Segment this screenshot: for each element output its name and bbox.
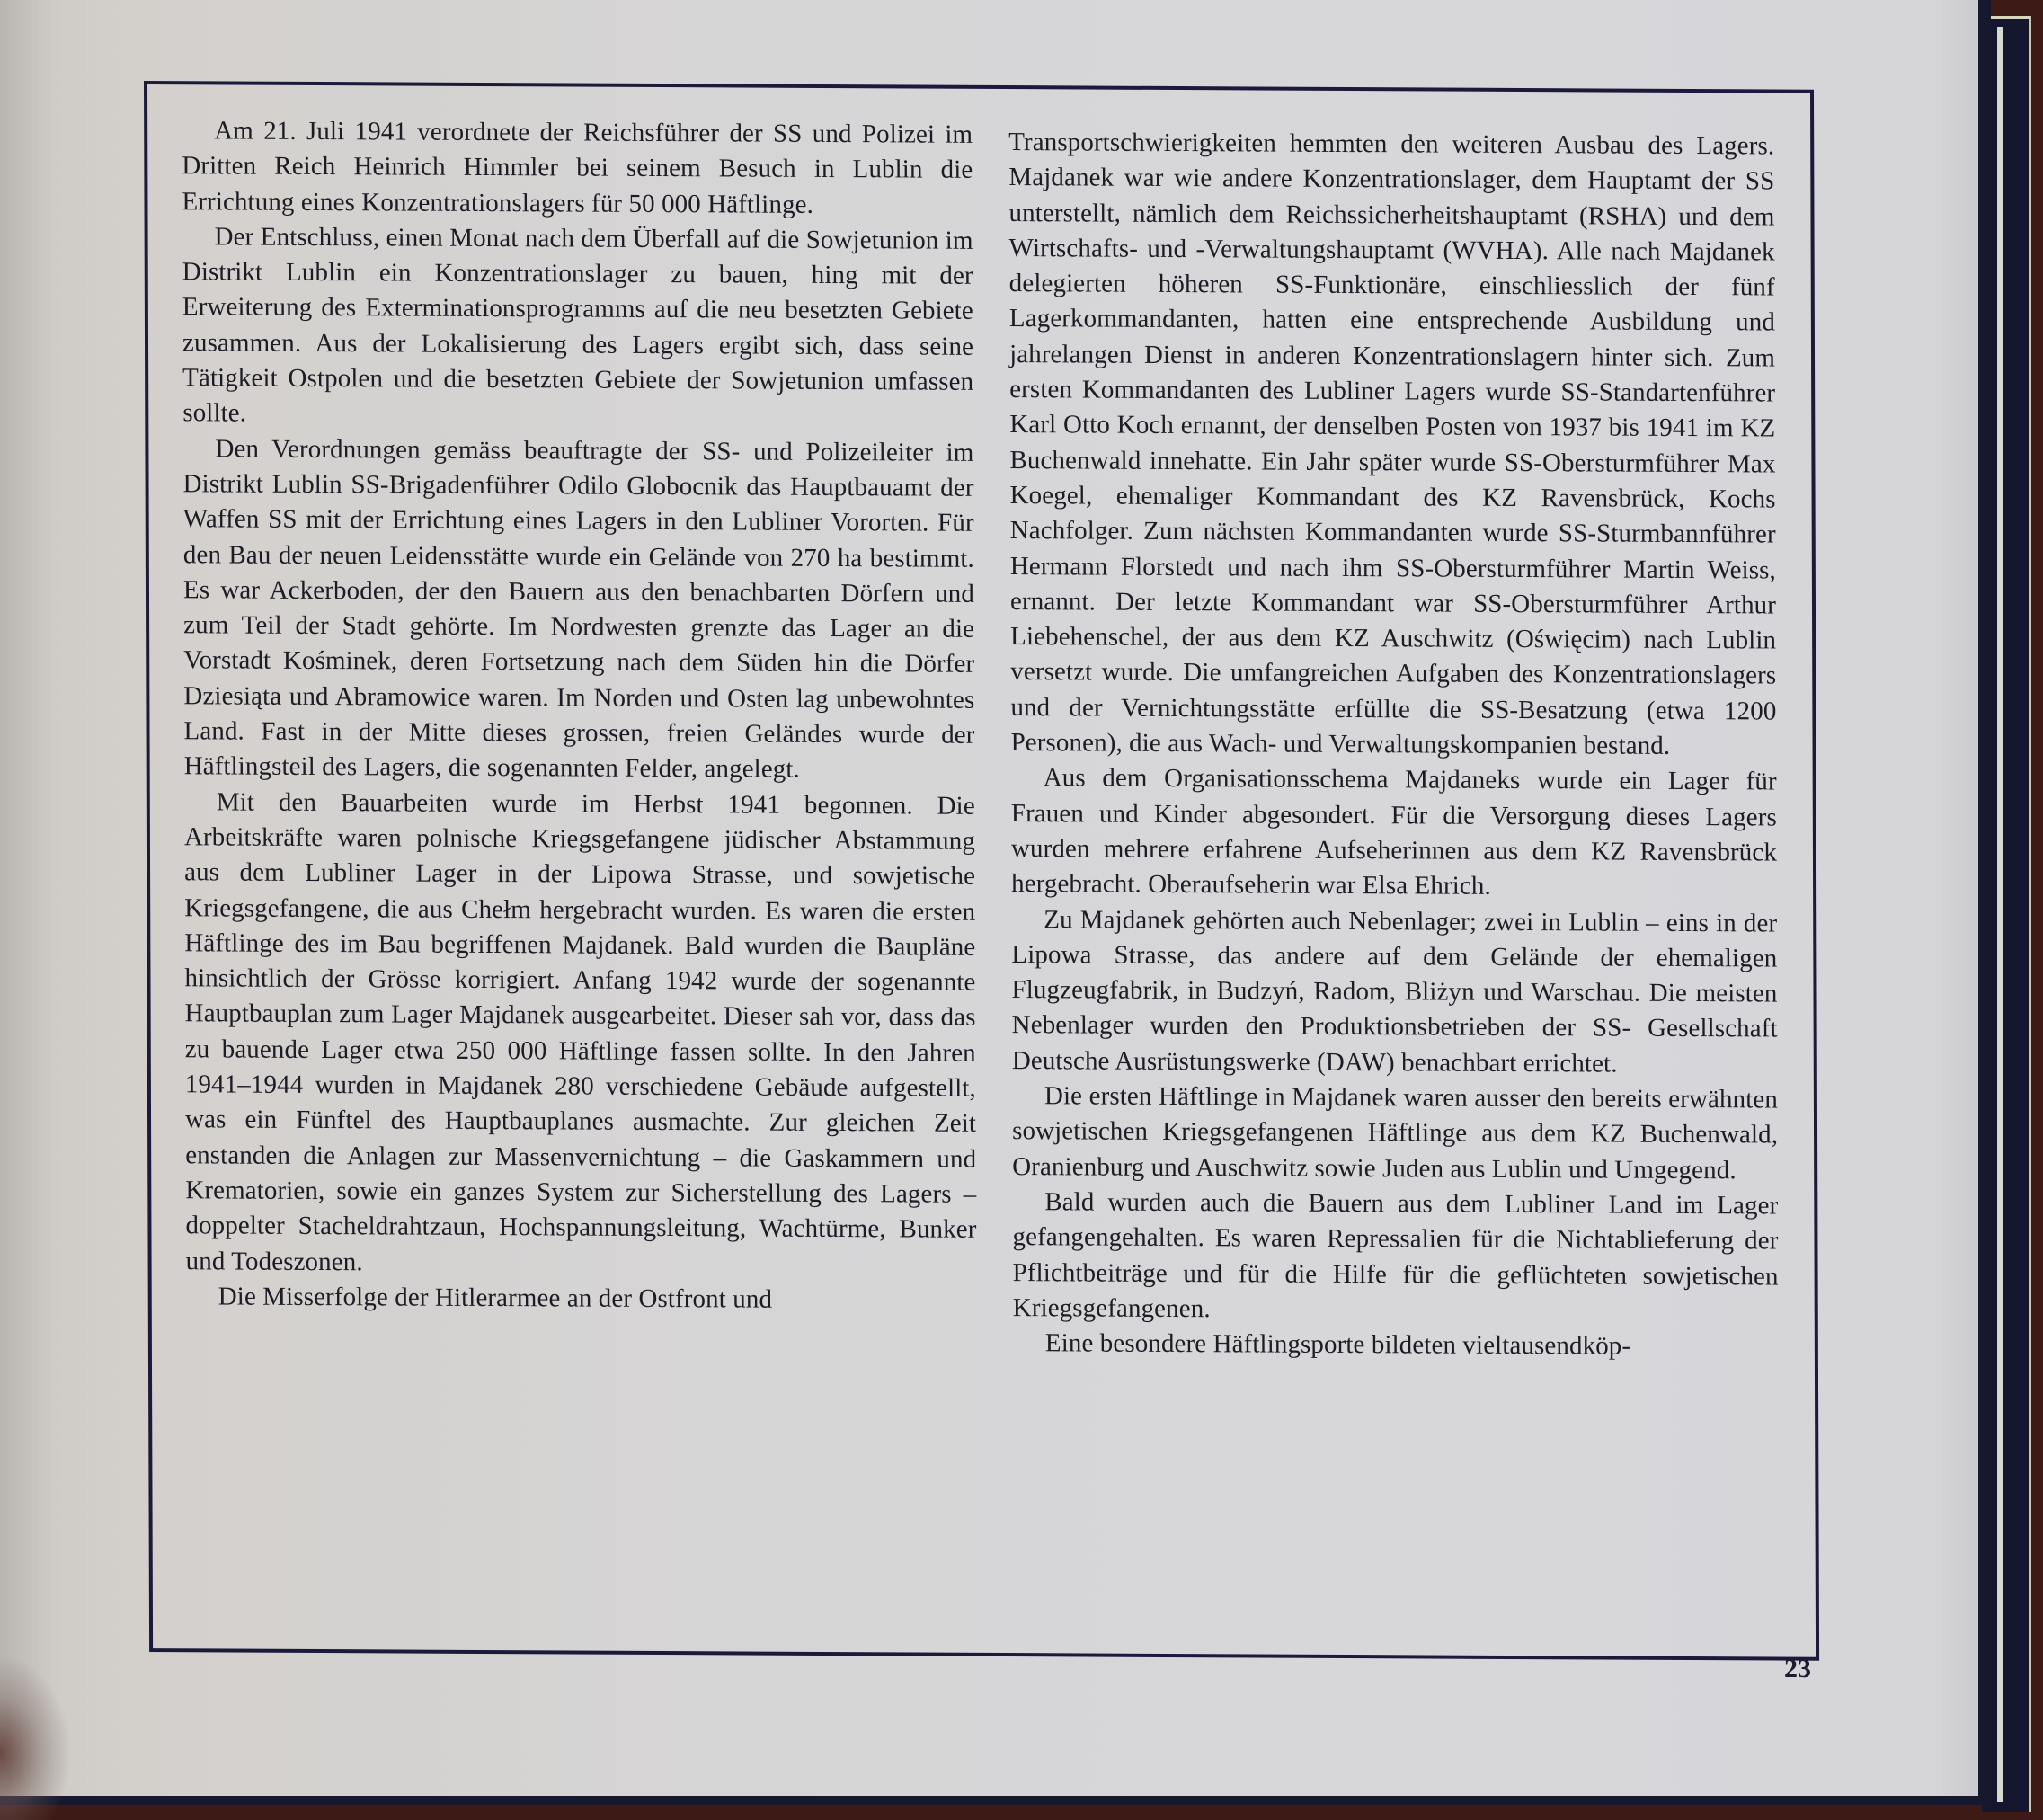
paragraph: Aus dem Organisationsschema Majdaneks wu… xyxy=(1011,760,1778,906)
paragraph: Am 21. Juli 1941 verordnete der Reichsfü… xyxy=(182,113,973,224)
paragraph: Eine besondere Häftlingsporte bildeten v… xyxy=(1013,1326,1779,1365)
paragraph: Der Entschluss, einen Monat nach dem Übe… xyxy=(182,219,974,435)
text-frame: Am 21. Juli 1941 verordnete der Reichsfü… xyxy=(144,81,1819,1661)
paragraph: Bald wurden auch die Bauern aus dem Lubl… xyxy=(1012,1185,1779,1330)
paragraph: Den Verordnungen gemäss beauftragte der … xyxy=(182,431,974,789)
paragraph-continuation: Transportschwierigkeiten hemmten den wei… xyxy=(1008,125,1776,765)
paragraph: Die Misserfolge der Hitlerarmee an der O… xyxy=(186,1279,977,1318)
paragraph: Mit den Bauarbeiten wurde im Herbst 1941… xyxy=(184,785,977,1283)
page-edge xyxy=(1997,27,2003,1802)
paragraph: Zu Majdanek gehörten auch Nebenlager; zw… xyxy=(1011,902,1778,1083)
page-corner-shadow xyxy=(0,1654,72,1820)
paragraph: Die ersten Häftlinge in Majdanek waren a… xyxy=(1012,1079,1778,1188)
right-column: Transportschwierigkeiten hemmten den wei… xyxy=(1008,125,1779,1365)
page-number: 23 xyxy=(1784,1654,1811,1684)
left-column: Am 21. Juli 1941 verordnete der Reichsfü… xyxy=(182,113,977,1361)
book-page: Am 21. Juli 1941 verordnete der Reichsfü… xyxy=(0,0,1991,1805)
text-columns: Am 21. Juli 1941 verordnete der Reichsfü… xyxy=(182,113,1779,1365)
